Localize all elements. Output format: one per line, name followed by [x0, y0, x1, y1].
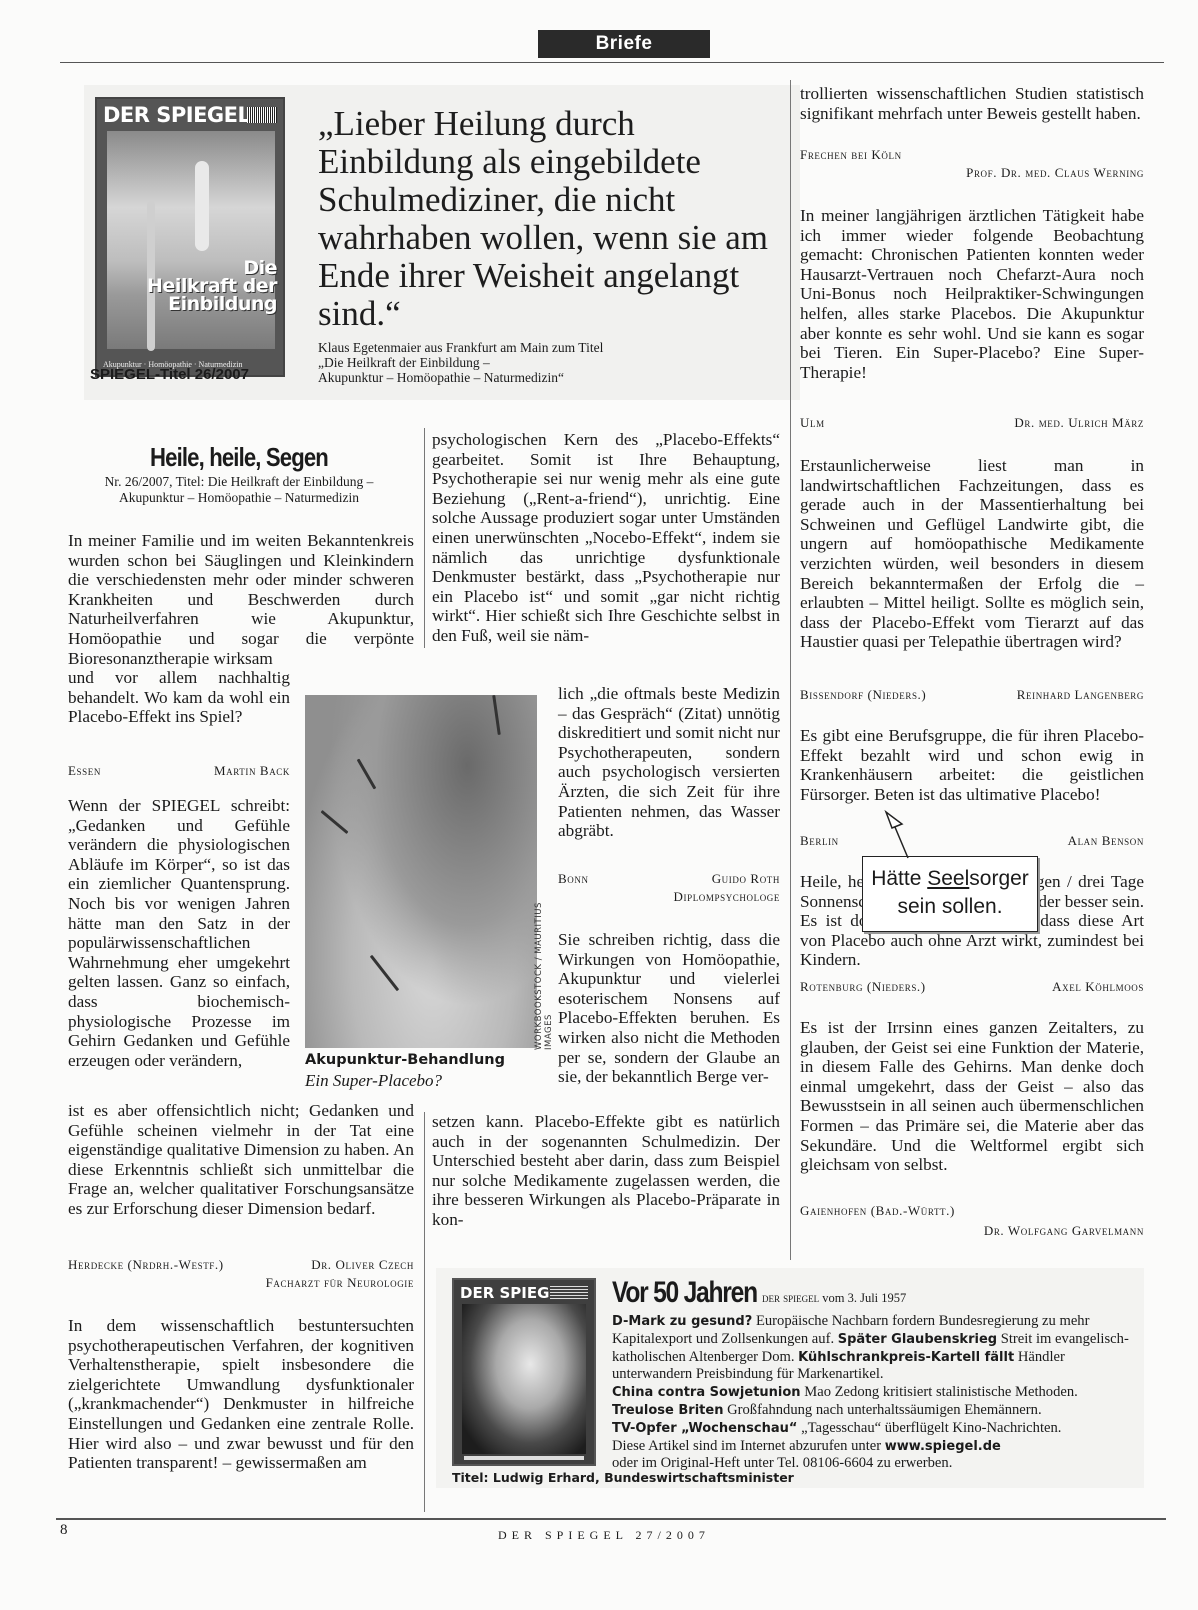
letter-body: ist es aber offensichtlich nicht; Gedank…	[68, 1101, 414, 1219]
photo-caption-title: Akupunktur-Behandlung	[305, 1052, 505, 1068]
cover-illustration	[107, 131, 275, 349]
magazine-issue: DER SPIEGEL 27/2007	[498, 1528, 710, 1543]
cover-1957-caption: Titel: Ludwig Erhard, Bundeswirtschaftsm…	[452, 1470, 794, 1485]
cover-caption: SPIEGEL-Titel 26/2007	[90, 366, 249, 383]
annotation-line-1: Hätte Seelsorger	[863, 865, 1037, 893]
fifty-years-title: Vor 50 Jahren	[612, 1276, 757, 1310]
letter-place: Berlin	[800, 832, 839, 849]
page-number: 8	[60, 1522, 68, 1539]
letter-author: Axel Köhlmoos	[1052, 978, 1144, 995]
spiegel-link[interactable]: www.spiegel.de	[885, 1439, 1001, 1454]
letter-author-title: Diplompsychologe	[558, 888, 780, 905]
needle-icon	[492, 695, 501, 735]
letter-signature: Gaienhofen (Bad.-Württ.)	[800, 1202, 1144, 1219]
letter-body: und vor allem nachhaltig behandelt. Wo k…	[68, 668, 290, 727]
letter-body: psychologischen Kern des „Placebo-Effekt…	[432, 430, 780, 646]
letter-body: Es gibt eine Berufsgruppe, die für ihren…	[800, 726, 1144, 804]
figure-illustration	[195, 161, 209, 251]
barcode-icon	[247, 107, 277, 123]
letter-place: Rotenburg (Nieders.)	[800, 978, 926, 995]
letter-signature: Ulm Dr. med. Ulrich März	[800, 414, 1144, 431]
letter-signature: Frechen bei Köln	[800, 146, 1144, 163]
letter-body: Es ist der Irrsinn eines ganzen Zeitalte…	[800, 1018, 1144, 1175]
letter-signature: Essen Martin Back	[68, 762, 290, 779]
letter-author: Guido Roth	[712, 870, 780, 887]
letter-place: Herdecke (Nrdrh.-Westf.)	[68, 1256, 224, 1273]
letter-body: Sie schreiben richtig, dass die Wirkunge…	[558, 930, 780, 1087]
letter-signature: Bissendorf (Nieders.) Reinhard Langenber…	[800, 686, 1144, 703]
letter-body: Erstaunlicherweise liest man in landwirt…	[800, 456, 1144, 652]
letter-place: Bonn	[558, 870, 589, 887]
column-rule	[790, 80, 791, 1260]
photo-caption-subtitle: Ein Super-Placebo?	[305, 1071, 442, 1091]
section-label: Briefe	[538, 30, 710, 58]
letter-place: Gaienhofen (Bad.-Württ.)	[800, 1202, 955, 1219]
annotation-arrow-icon	[880, 808, 920, 860]
needle-icon	[370, 955, 399, 992]
letter-body: In meiner Familie und im weiten Bekannte…	[68, 531, 414, 668]
letter-place: Essen	[68, 762, 101, 779]
top-divider	[60, 62, 1164, 63]
letter-author: Alan Benson	[1068, 832, 1144, 849]
fifty-years-items: D-Mark zu gesund? Europäische Nachbarn f…	[612, 1313, 1142, 1473]
letter-signature: Bonn Guido Roth	[558, 870, 780, 887]
letter-author: Reinhard Langenberg	[1017, 686, 1144, 703]
article-headline: Heile, heile, Segen	[90, 442, 388, 473]
needle-icon	[357, 759, 377, 790]
letter-place: Frechen bei Köln	[800, 146, 902, 163]
letter-signature: Herdecke (Nrdrh.-Westf.) Dr. Oliver Czec…	[68, 1256, 414, 1273]
cover-caption-strip	[464, 1456, 584, 1460]
needle-icon	[321, 810, 349, 834]
letter-author: Dr. med. Ulrich März	[1014, 414, 1144, 431]
letter-body: In meiner langjährigen ärztlichen Tätigk…	[800, 206, 1144, 382]
letter-place: Ulm	[800, 414, 825, 431]
letter-signature: Berlin Alan Benson	[800, 832, 1144, 849]
letter-body: setzen kann. Placebo-Effekte gibt es nat…	[432, 1112, 780, 1230]
pull-quote-credit: Klaus Egetenmaier aus Frankfurt am Main …	[318, 340, 778, 385]
spiegel-1957-cover-image: DER SPIEGEL	[452, 1278, 596, 1466]
letter-signature: Rotenburg (Nieders.) Axel Köhlmoos	[800, 978, 1144, 995]
letter-author: Prof. Dr. med. Claus Werning	[800, 164, 1144, 181]
letter-body: lich „die oftmals beste Medizin – das Ge…	[558, 684, 780, 841]
cover-meta	[550, 1286, 588, 1300]
letter-body: In dem wissenschaftlich bestuntersuchten…	[68, 1316, 414, 1473]
letter-author: Dr. Oliver Czech	[311, 1256, 414, 1273]
news-item: China contra Sowjetunion Mao Zedong krit…	[612, 1384, 1078, 1400]
cover-brand: DER SPIEGEL	[103, 103, 250, 127]
letter-body: Wenn der SPIEGEL schreibt: „Gedanken und…	[68, 796, 290, 1070]
article-reference: Nr. 26/2007, Titel: Die Heilkraft der Ei…	[64, 474, 414, 506]
letter-author: Martin Back	[214, 762, 290, 779]
column-rule	[424, 428, 425, 648]
pull-quote: „Lieber Heilung durch Einbildung als ein…	[318, 105, 778, 333]
news-item: TV-Opfer „Wochenschau“ „Tagesschau“ über…	[612, 1420, 1061, 1436]
letter-author-title: Facharzt für Neurologie	[68, 1274, 414, 1291]
column-rule	[424, 1112, 425, 1512]
letter-author: Dr. Wolfgang Garvelmann	[800, 1222, 1144, 1239]
cover-title: Die Heilkraft der Einbildung	[147, 259, 277, 313]
portrait-photo	[462, 1304, 586, 1454]
annotation-callout: Hätte Seelsorger sein sollen.	[862, 856, 1038, 932]
photo-credit: WORKBOOKSTOCK / MAURITIUS IMAGES	[534, 874, 548, 1050]
spiegel-cover-image: DER SPIEGEL Die Heilkraft der Einbildung…	[95, 97, 285, 377]
footer-divider	[56, 1518, 1166, 1520]
acupuncture-photo	[305, 695, 537, 1048]
letter-place: Bissendorf (Nieders.)	[800, 686, 926, 703]
news-item: Treulose Briten Großfahndung nach unterh…	[612, 1402, 1042, 1418]
letter-body: trollierten wissenschaftlichen Studien s…	[800, 84, 1144, 123]
fifty-years-source: der spiegel vom 3. Juli 1957	[762, 1291, 906, 1306]
annotation-line-2: sein sollen.	[863, 893, 1037, 921]
